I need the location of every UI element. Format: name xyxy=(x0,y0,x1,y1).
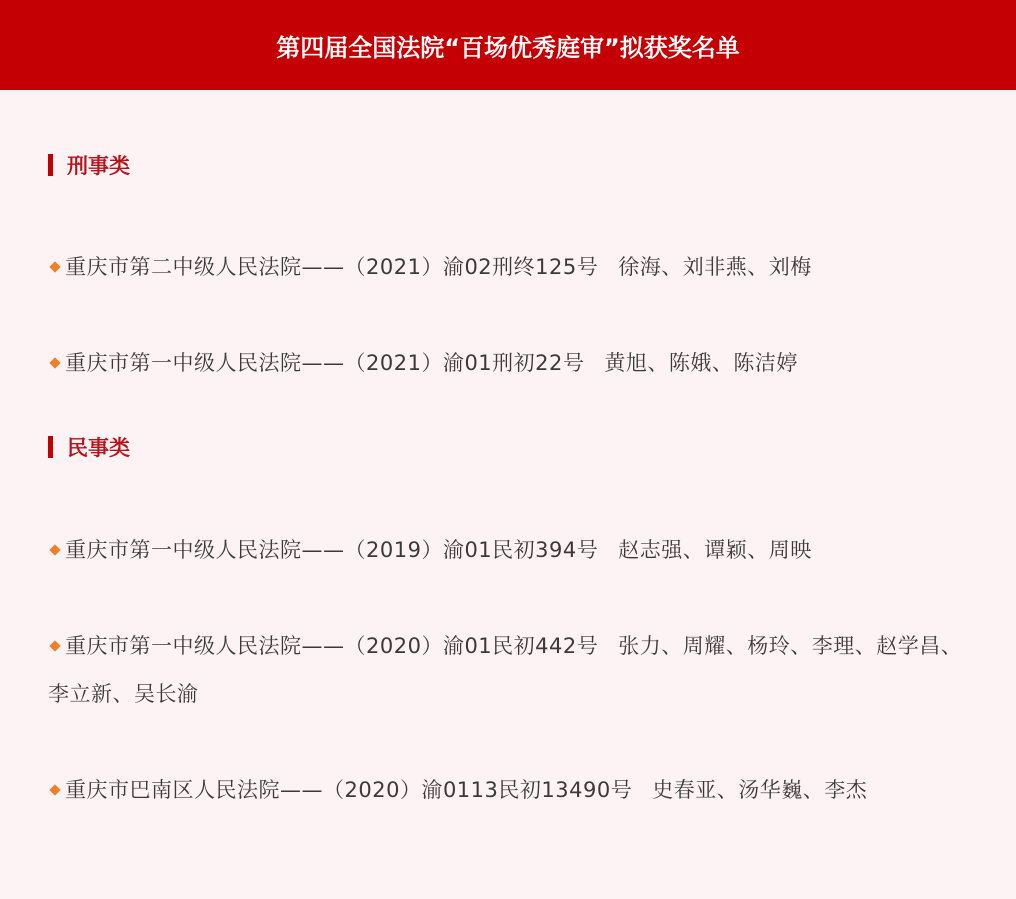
case-names: 黄旭、陈娥、陈洁婷 xyxy=(604,351,798,375)
diamond-bullet-icon xyxy=(49,357,60,368)
case-court: 重庆市第一中级人民法院——（2019）渝01民初394号 xyxy=(65,538,598,562)
section-bar-icon xyxy=(48,154,53,176)
case-court: 重庆市第一中级人民法院——（2020）渝01民初442号 xyxy=(65,634,598,658)
list-item: 重庆市第一中级人民法院——（2021）渝01刑初22号黄旭、陈娥、陈洁婷 xyxy=(48,339,968,387)
case-court: 重庆市第二中级人民法院——（2021）渝02刑终125号 xyxy=(65,255,598,279)
section-label: 民事类 xyxy=(67,432,130,462)
case-court: 重庆市第一中级人民法院——（2021）渝01刑初22号 xyxy=(65,351,584,375)
list-item: 重庆市巴南区人民法院——（2020）渝0113民初13490号史春亚、汤华巍、李… xyxy=(48,766,968,814)
list-item: 重庆市第一中级人民法院——（2019）渝01民初394号赵志强、谭颖、周映 xyxy=(48,526,968,574)
case-names: 赵志强、谭颖、周映 xyxy=(618,538,812,562)
case-court: 重庆市巴南区人民法院——（2020）渝0113民初13490号 xyxy=(65,778,632,802)
list-item: 重庆市第二中级人民法院——（2021）渝02刑终125号徐海、刘非燕、刘梅 xyxy=(48,243,968,291)
diamond-bullet-icon xyxy=(49,784,60,795)
section-label: 刑事类 xyxy=(67,150,130,180)
diamond-bullet-icon xyxy=(49,640,60,651)
case-names: 史春亚、汤华巍、李杰 xyxy=(652,778,867,802)
case-names: 徐海、刘非燕、刘梅 xyxy=(618,255,812,279)
diamond-bullet-icon xyxy=(49,544,60,555)
section-bar-icon xyxy=(48,436,53,458)
list-item: 重庆市第一中级人民法院——（2020）渝01民初442号张力、周耀、杨玲、李理、… xyxy=(48,622,968,718)
page-header: 第四届全国法院“百场优秀庭审”拟获奖名单 xyxy=(0,0,1016,90)
diamond-bullet-icon xyxy=(49,261,60,272)
section-heading-criminal: 刑事类 xyxy=(48,150,130,180)
section-heading-civil: 民事类 xyxy=(48,432,130,462)
page-title: 第四届全国法院“百场优秀庭审”拟获奖名单 xyxy=(276,28,740,63)
